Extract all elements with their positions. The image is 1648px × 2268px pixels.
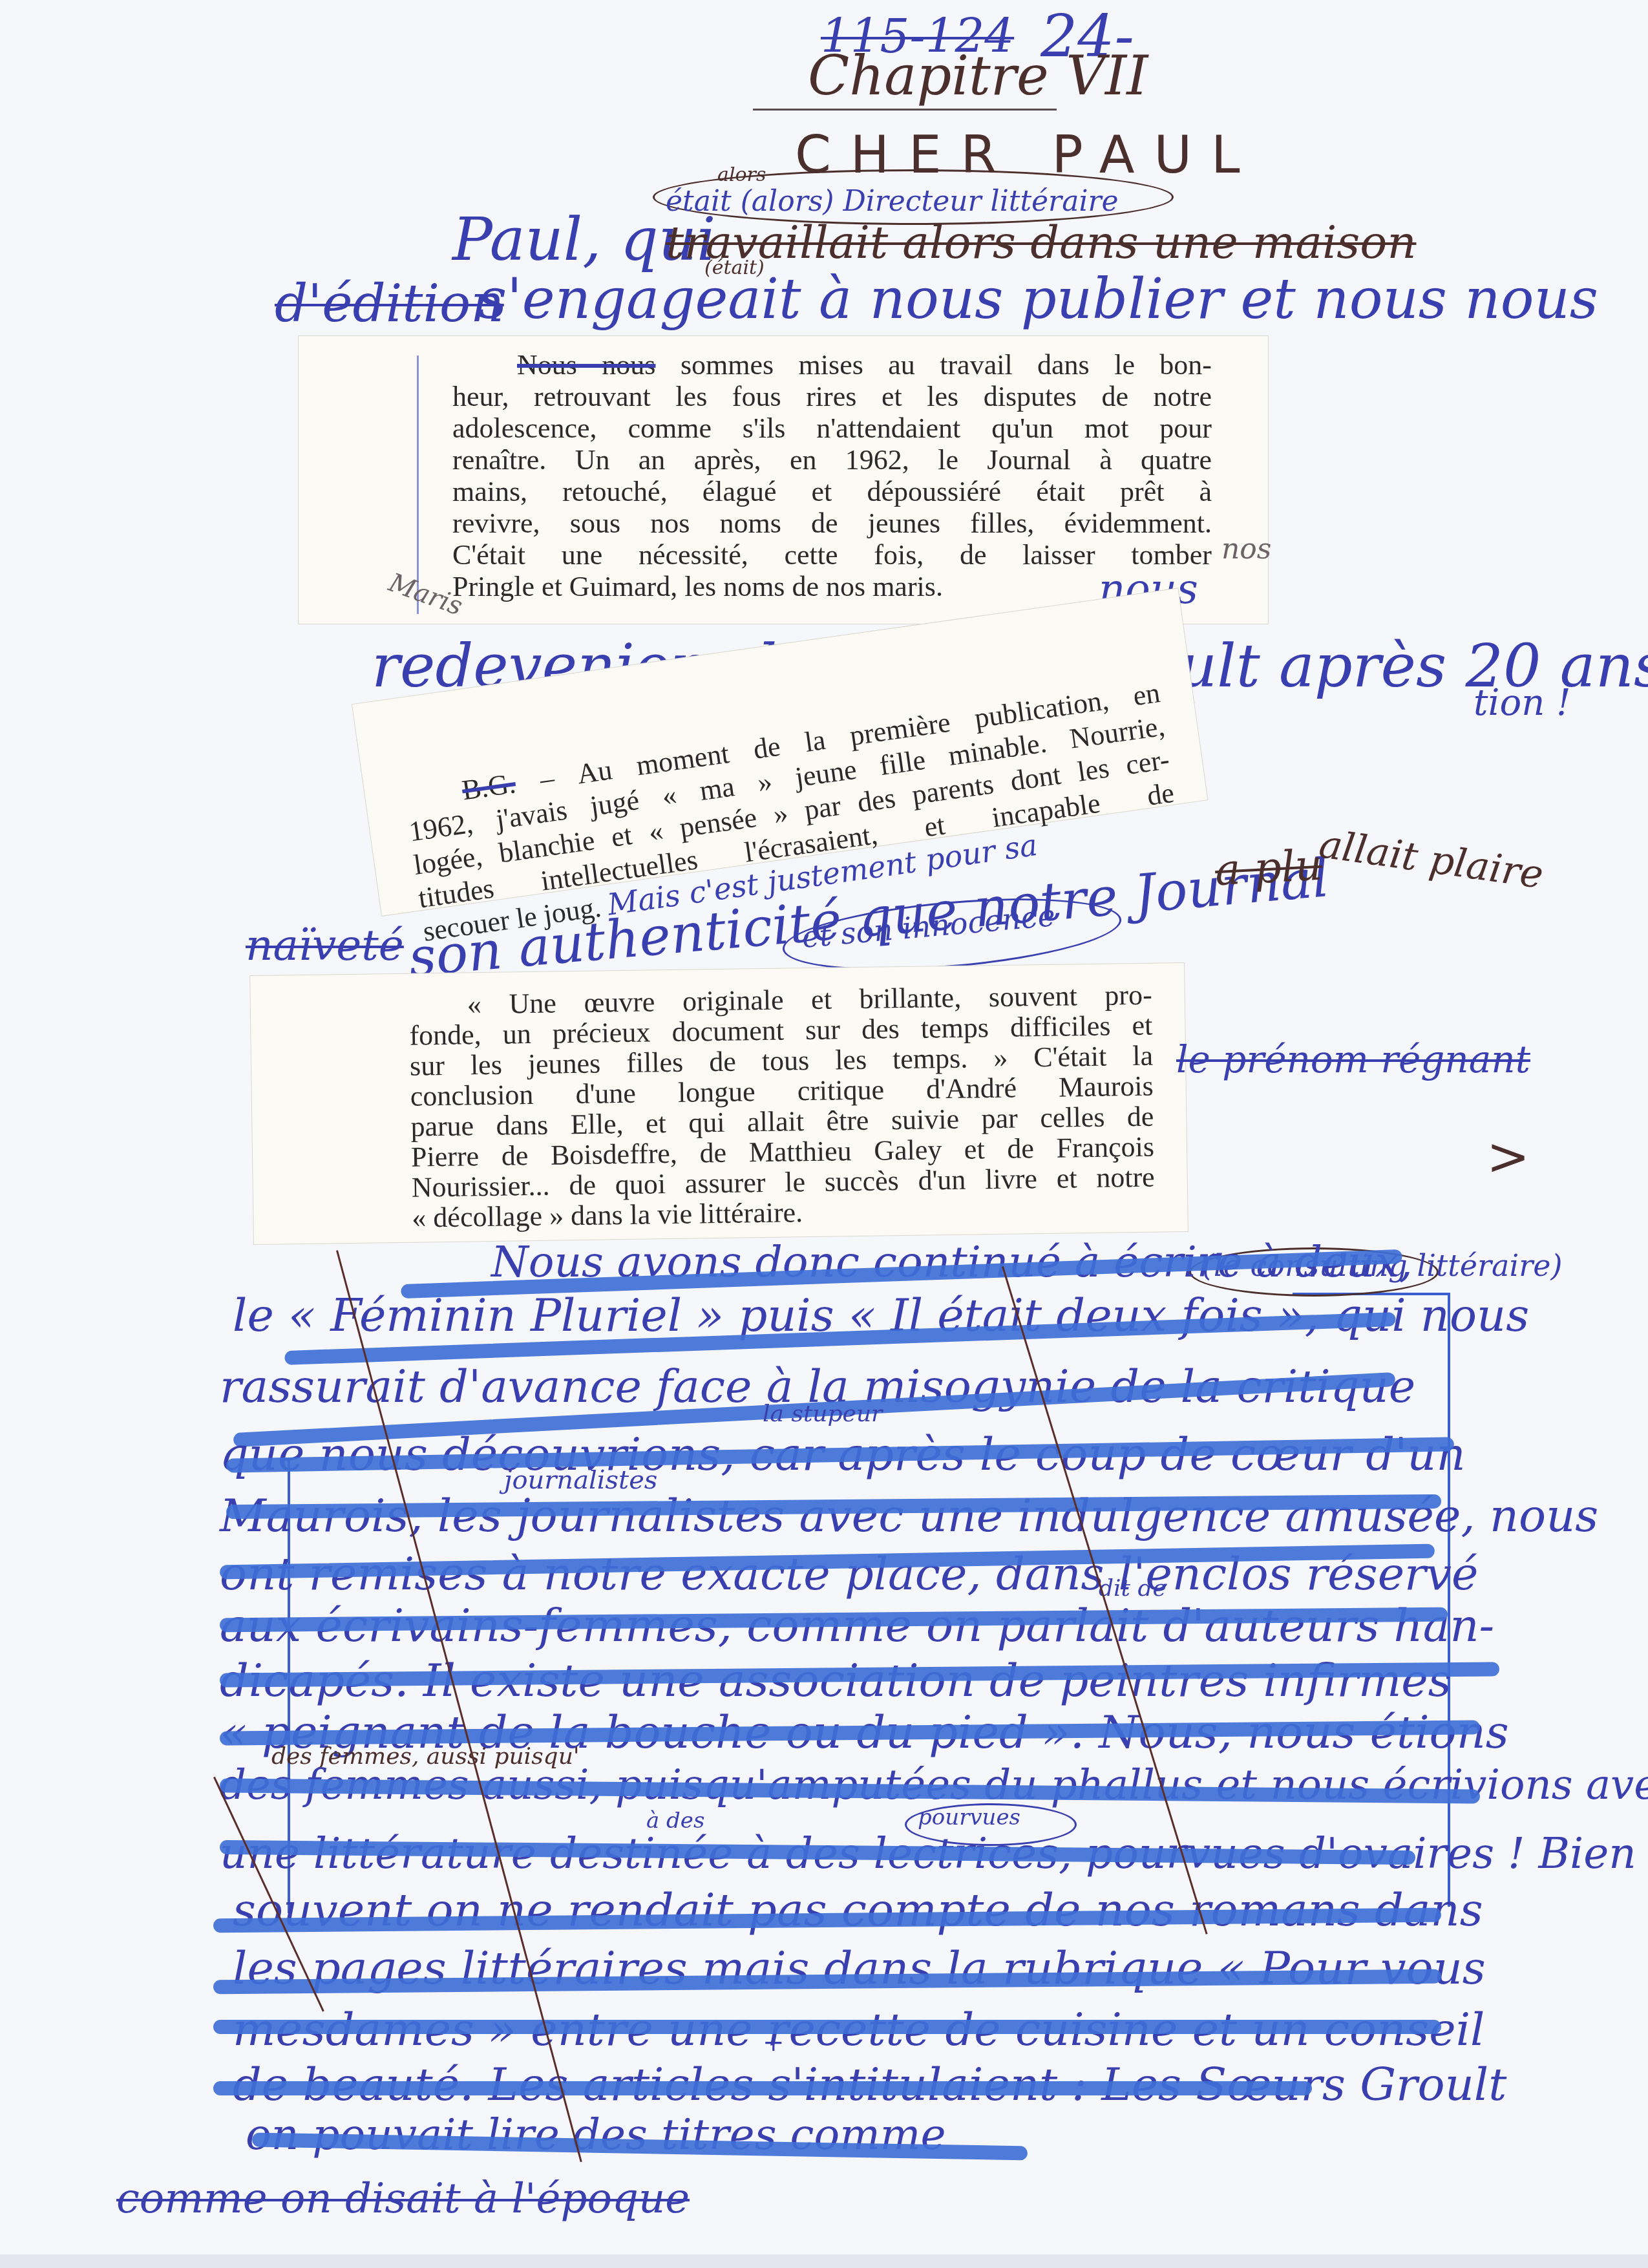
clipping-1-line: C'était une nécessité, cette fois, de la…: [452, 539, 1212, 571]
insert-plus: +: [763, 2030, 785, 2055]
struck-maison: travaillait alors dans une maison: [666, 220, 1416, 265]
clipping-1-line: mains, retouché, élagué et dépoussiéré é…: [452, 476, 1212, 507]
typed-clipping-3: « Une œuvre originale et brillante, souv…: [250, 963, 1188, 1244]
scan-edge: [0, 2254, 1648, 2268]
insert-directeur-litteraire: était (alors) Directeur littéraire: [666, 187, 1119, 216]
struck-margin-note: le prénom régnant: [1176, 1041, 1530, 1078]
header-rule: [753, 109, 1057, 111]
struck-line: comme on disait à l'époque: [116, 2178, 690, 2220]
clipping-1-text: Nous nous sommes mises au travail dans l…: [452, 349, 1212, 602]
clipping-1-line: Nous nous sommes mises au travail dans l…: [452, 349, 1212, 381]
insert-dit-de: dit de: [1099, 1577, 1167, 1600]
struck-a-plu: a plu: [1214, 844, 1323, 893]
insert-stupeur: la stupeur: [763, 1403, 882, 1426]
arrow-icon: >: [1486, 1131, 1530, 1183]
insert-small-alors: alors: [717, 165, 766, 185]
insert-pourvues: pourvues: [918, 1807, 1020, 1828]
struck-edition: d'édition: [275, 278, 504, 330]
handwritten-allait-plaire: allait plaire: [1317, 825, 1546, 895]
handwritten-tion: tion !: [1474, 685, 1571, 721]
clipping-3-text: « Une œuvre originale et brillante, souv…: [408, 980, 1155, 1233]
chapter-heading: Chapitre VII: [808, 48, 1148, 103]
clipping-1-line: heur, retrouvant les fous rires et les d…: [452, 381, 1212, 412]
clipping-1-line: renaître. Un an après, en 1962, le Journ…: [452, 444, 1212, 476]
manuscript-page: 115-124 24- Chapitre VII CHER PAUL alors…: [0, 0, 1648, 2268]
struck-speaker-bg: B.G.: [460, 767, 518, 806]
struck-nous-nous: Nous nous: [517, 349, 655, 381]
strike-bar: [213, 2020, 1441, 2034]
margin-note-nos: nos: [1221, 535, 1271, 564]
handwritten-s-engageait: s'engageait à nous publier et nous nous: [478, 271, 1598, 327]
clipping-1-line: Pringle et Guimard, les noms de nos mari…: [452, 571, 1212, 602]
struck-naivete: naïveté: [246, 924, 404, 967]
clipping-1-line: adolescence, comme s'ils n'attendaient q…: [452, 412, 1212, 444]
clipping-1-line: revivre, sous nos noms de jeunes filles,…: [452, 507, 1212, 539]
strike-bar: [213, 2081, 1312, 2095]
